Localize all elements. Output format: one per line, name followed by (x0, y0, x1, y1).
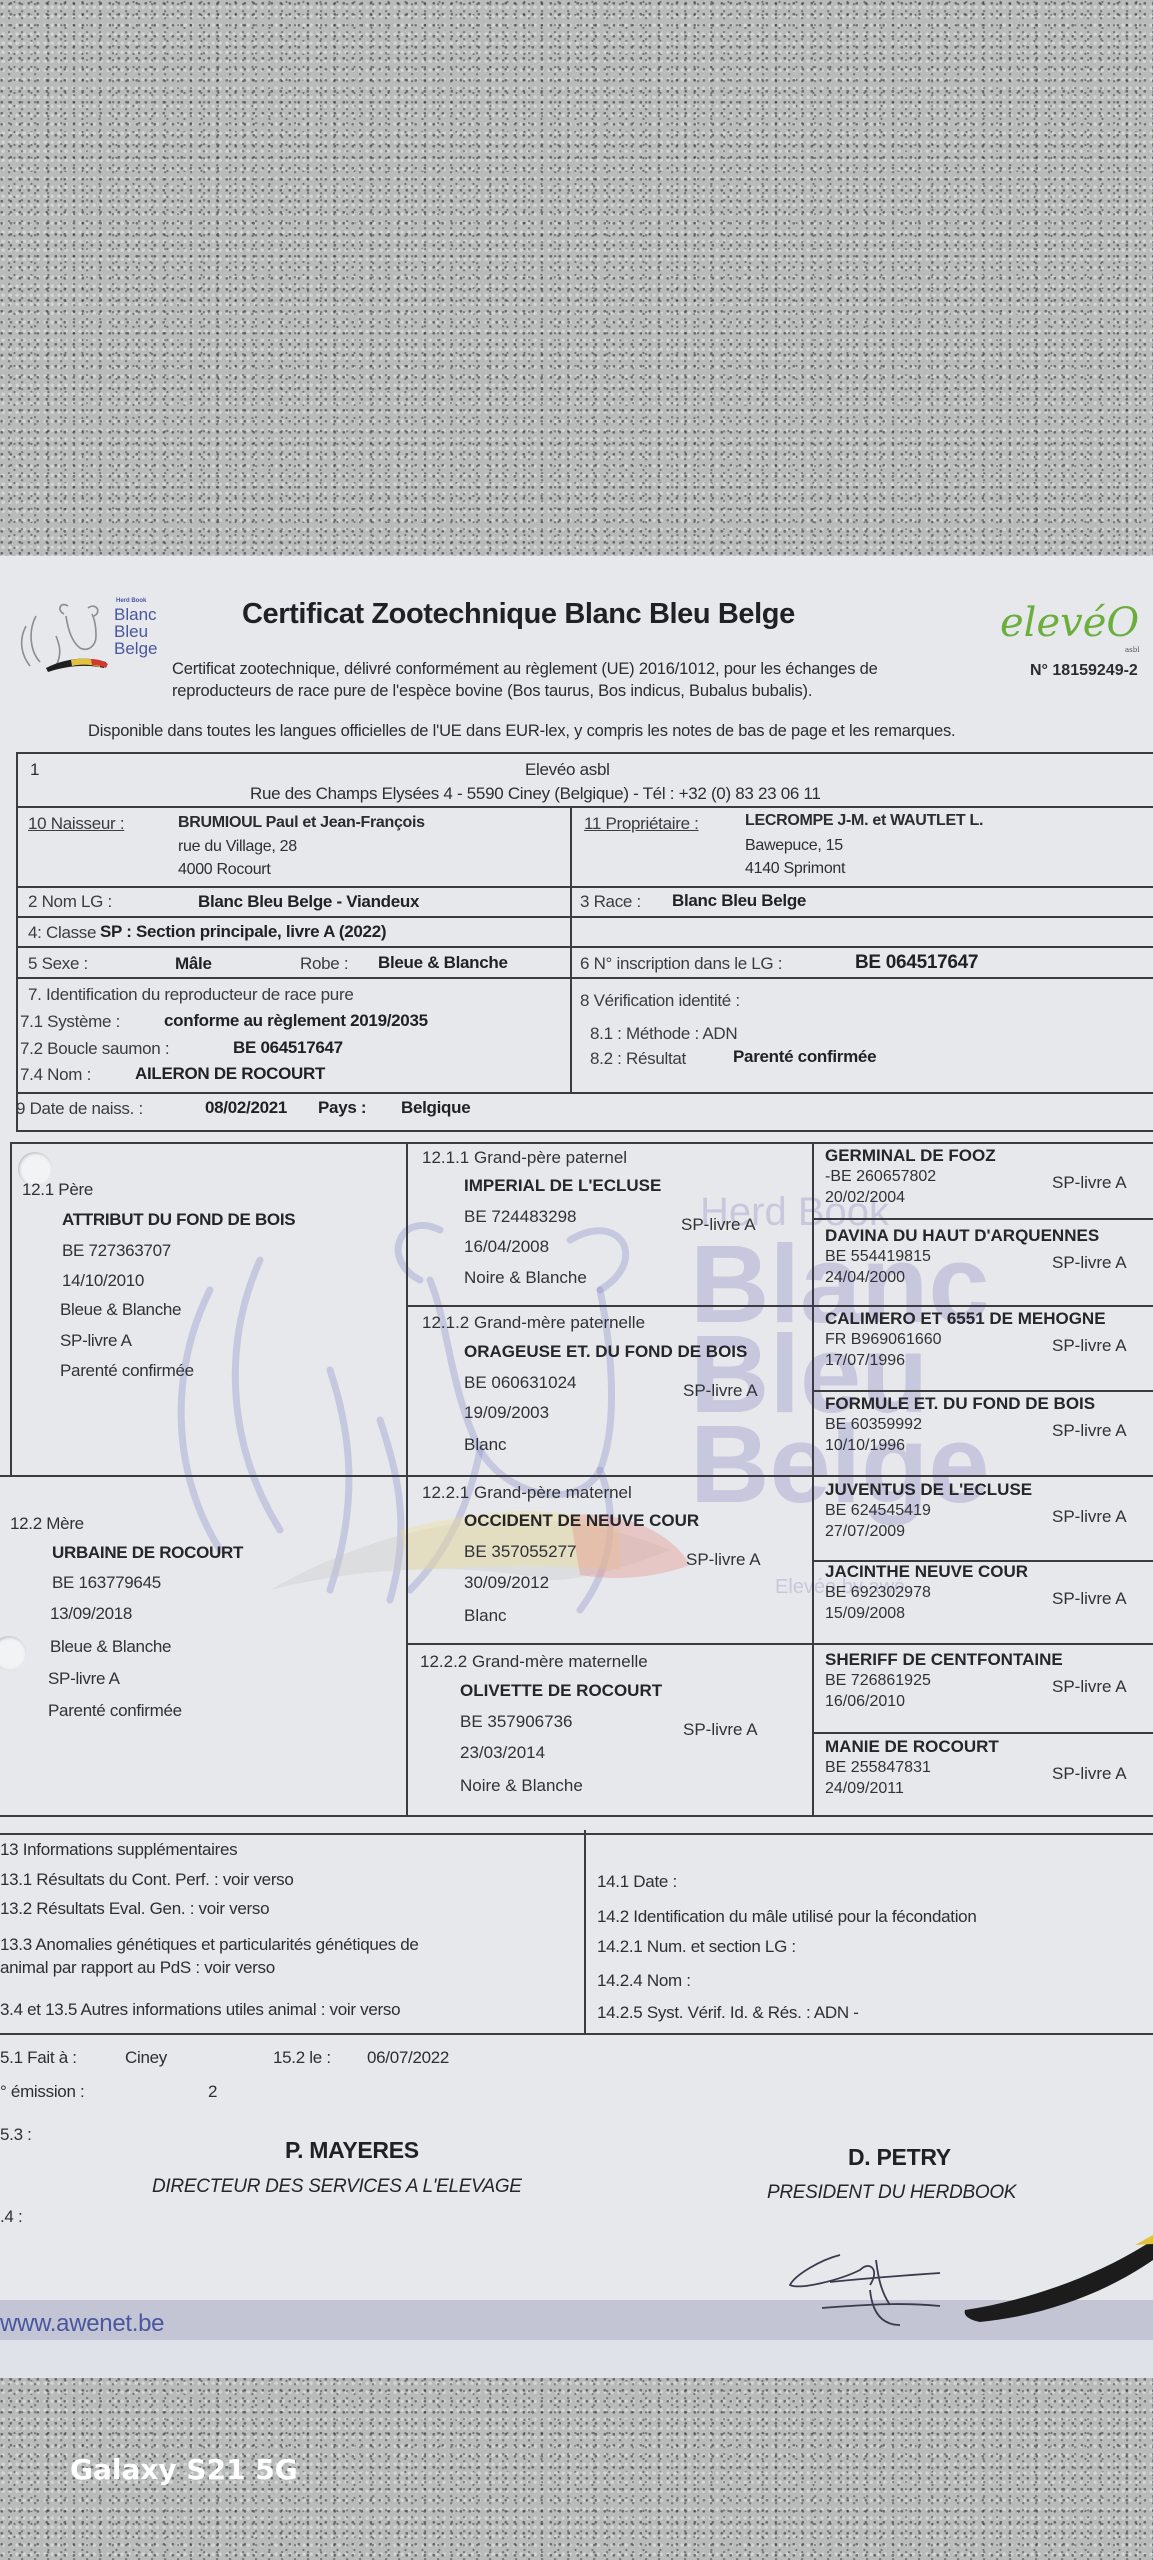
info14-verif: 14.2.5 Syst. Vérif. Id. & Rés. : ADN - (597, 2003, 859, 2023)
ggp-name: SHERIFF DE CENTFONTAINE (825, 1650, 1063, 1670)
org-address: Rue des Champs Elysées 4 - 5590 Ciney (B… (250, 784, 820, 804)
verification-result-label: 8.2 : Résultat (590, 1049, 686, 1069)
place-value: Ciney (125, 2048, 167, 2068)
certificate-title: Certificat Zootechnique Blanc Bleu Belge (242, 598, 795, 631)
ggp-dob: 27/07/2009 (825, 1523, 905, 1541)
owner-label: 11 Propriétaire : (584, 814, 699, 834)
ggp-section: SP-livre A (1052, 1764, 1127, 1784)
ggp-section: SP-livre A (1052, 1336, 1127, 1356)
field-153: 5.3 : (0, 2125, 32, 2145)
ggp-id: BE 726861925 (825, 1672, 931, 1690)
class-label: 4: Classe (28, 923, 96, 943)
emission-label: ° émission : (0, 2082, 84, 2102)
certificate-number: N° 18159249-2 (1030, 662, 1138, 680)
verification-result: Parenté confirmée (733, 1047, 876, 1067)
signatory-2-name: D. PETRY (848, 2144, 951, 2171)
ggp-name: JUVENTUS DE L'ECLUSE (825, 1480, 1032, 1500)
info14-male-id: 14.2 Identification du mâle utilisé pour… (597, 1907, 976, 1927)
info13-other: 3.4 et 13.5 Autres informations utiles a… (0, 2000, 400, 2020)
eleveo-logo: elevéO asbl (1000, 600, 1140, 650)
section-number: 1 (30, 760, 39, 780)
ggp-id: BE 624545419 (825, 1502, 931, 1520)
ggp-name: CALIMERO ET 6551 DE MEHOGNE (825, 1309, 1106, 1329)
info14-date: 14.1 Date : (597, 1872, 677, 1892)
signatory-1-role: DIRECTEUR DES SERVICES A L'ELEVAGE (152, 2176, 522, 2198)
cow-head-icon (16, 596, 111, 676)
verification-method: 8.1 : Méthode : ADN (590, 1024, 737, 1044)
tag-value: BE 064517647 (233, 1038, 343, 1058)
camera-watermark: Galaxy S21 5G (70, 2453, 298, 2486)
verification-heading: 8 Vérification identité : (580, 991, 740, 1011)
breeder-street: rue du Village, 28 (178, 838, 297, 856)
breeder-name: BRUMIOUL Paul et Jean-François (178, 814, 425, 832)
ggp-name: DAVINA DU HAUT D'ARQUENNES (825, 1226, 1099, 1246)
info14-num-section: 14.2.1 Num. et section LG : (597, 1937, 796, 1957)
birth-date: 08/02/2021 (205, 1098, 287, 1118)
signature-icon (780, 2230, 1153, 2340)
issue-date: 06/07/2022 (367, 2048, 449, 2068)
coat-value: Bleue & Blanche (378, 953, 508, 973)
availability-note: Disponible dans toutes les langues offic… (88, 722, 955, 741)
ggp-section: SP-livre A (1052, 1677, 1127, 1697)
ggp-dob: 17/07/1996 (825, 1352, 905, 1370)
ggp-dob: 20/02/2004 (825, 1189, 905, 1207)
system-value: conforme au règlement 2019/2035 (164, 1011, 428, 1031)
system-label: 7.1 Système : (20, 1012, 120, 1032)
ggp-section: SP-livre A (1052, 1173, 1127, 1193)
certificate-subtitle: Certificat zootechnique, délivré conform… (172, 658, 932, 702)
footer-url[interactable]: www.awenet.be (0, 2310, 164, 2338)
eleveo-logo-text: elevéO (1000, 600, 1139, 646)
race-label: 3 Race : (580, 892, 641, 912)
ggp-section: SP-livre A (1052, 1507, 1127, 1527)
ggp-id: FR B969061660 (825, 1331, 942, 1349)
breeder-city: 4000 Rocourt (178, 861, 270, 879)
ggp-dob: 16/06/2010 (825, 1693, 905, 1711)
ggp-id: -BE 260657802 (825, 1168, 936, 1186)
name-label: 7.4 Nom : (20, 1065, 91, 1085)
coat-label: Robe : (300, 954, 348, 974)
ggp-name: GERMINAL DE FOOZ (825, 1146, 996, 1166)
info13-perf: 13.1 Résultats du Cont. Perf. : voir ver… (0, 1870, 294, 1890)
birth-label: 9 Date de naiss. : (16, 1099, 143, 1119)
owner-name: LECROMPE J-M. et WAUTLET L. (745, 812, 983, 830)
herdbook-value: Blanc Bleu Belge - Viandeux (198, 892, 419, 912)
info13-anomalies-2: animal par rapport au PdS : voir verso (0, 1958, 275, 1978)
info13-heading: 13 Informations supplémentaires (0, 1840, 237, 1860)
ggp-dob: 24/04/2000 (825, 1269, 905, 1287)
sex-label: 5 Sexe : (28, 954, 88, 974)
ggp-name: JACINTHE NEUVE COUR (825, 1562, 1028, 1582)
info13-eval: 13.2 Résultats Eval. Gen. : voir verso (0, 1899, 269, 1919)
ggp-id: BE 60359992 (825, 1416, 922, 1434)
eleveo-logo-suffix: asbl (1125, 646, 1140, 654)
info14-name: 14.2.4 Nom : (597, 1971, 691, 1991)
country-label: Pays : (318, 1098, 366, 1118)
paper-edge (0, 2340, 1153, 2378)
owner-city: 4140 Sprimont (745, 860, 845, 878)
ggp-section: SP-livre A (1052, 1589, 1127, 1609)
cow-watermark-icon (150, 1170, 750, 1650)
registration-label: 6 N° inscription dans le LG : (580, 954, 782, 974)
ggp-section: SP-livre A (1052, 1421, 1127, 1441)
birth-country: Belgique (401, 1098, 470, 1118)
race-value: Blanc Bleu Belge (672, 891, 806, 911)
ggp-name: FORMULE ET. DU FOND DE BOIS (825, 1394, 1095, 1414)
herdbook-logo: Herd Book Blanc Bleu Belge (16, 596, 166, 676)
ggp-id: BE 692302978 (825, 1584, 931, 1602)
place-label: 5.1 Fait à : (0, 2048, 77, 2068)
tag-label: 7.2 Boucle saumon : (20, 1039, 169, 1059)
owner-street: Bawepuce, 15 (745, 837, 843, 855)
field-154: .4 : (0, 2207, 22, 2227)
registration-number: BE 064517647 (855, 952, 978, 974)
breeder-label: 10 Naisseur : (28, 814, 124, 834)
ggp-id: BE 255847831 (825, 1759, 931, 1777)
sex-value: Mâle (175, 954, 212, 974)
ggp-name: MANIE DE ROCOURT (825, 1737, 999, 1757)
signatory-2-role: PRESIDENT DU HERDBOOK (767, 2182, 1016, 2204)
ggp-dob: 15/09/2008 (825, 1605, 905, 1623)
ggp-dob: 24/09/2011 (825, 1780, 904, 1798)
herdbook-label: 2 Nom LG : (28, 892, 112, 912)
issue-date-label: 15.2 le : (273, 2048, 331, 2068)
animal-name: AILERON DE ROCOURT (135, 1064, 325, 1084)
info13-anomalies: 13.3 Anomalies génétiques et particulari… (0, 1935, 419, 1955)
ggp-dob: 10/10/1996 (825, 1437, 905, 1455)
signatory-1-name: P. MAYERES (285, 2137, 419, 2164)
identification-heading: 7. Identification du reproducteur de rac… (28, 985, 353, 1005)
class-value: SP : Section principale, livre A (2022) (100, 922, 386, 942)
ggp-id: BE 554419815 (825, 1248, 931, 1266)
ggp-section: SP-livre A (1052, 1253, 1127, 1273)
org-name: Elevéo asbl (525, 760, 610, 780)
emission-value: 2 (208, 2082, 217, 2102)
